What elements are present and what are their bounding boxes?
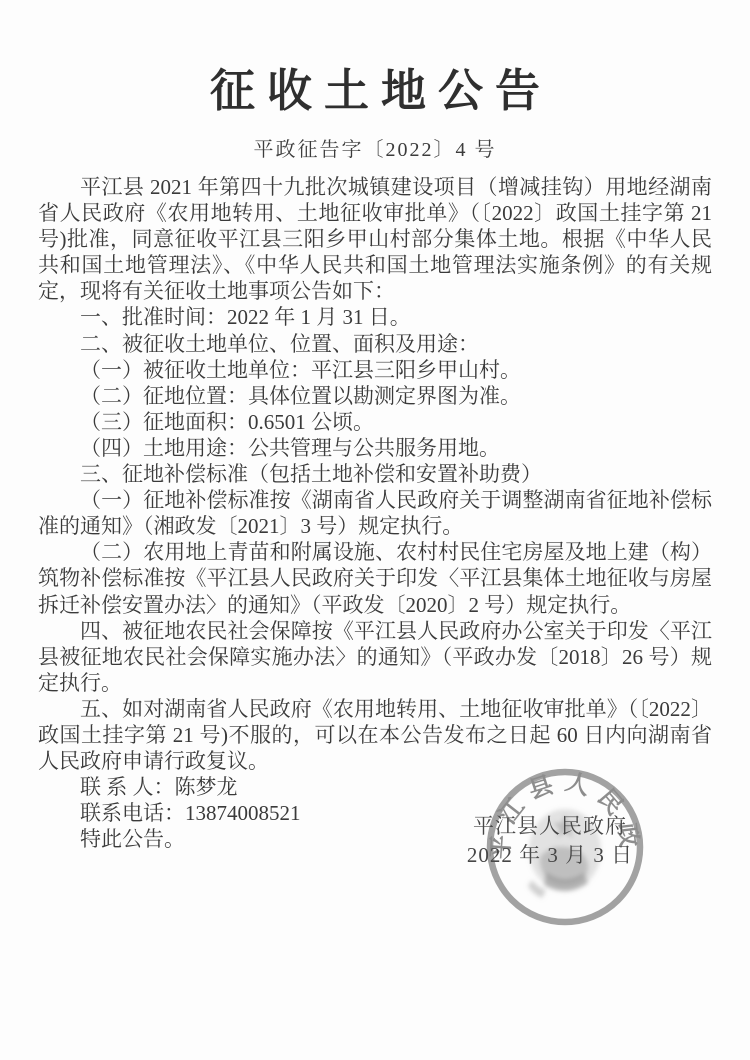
body-paragraph: （二）征地位置：具体位置以勘测定界图为准。 <box>38 383 712 409</box>
body-paragraph: （一）征地补偿标准按《湖南省人民政府关于调整湖南省征地补偿标准的通知》（湘政发〔… <box>38 487 712 539</box>
body-paragraph: 平江县 2021 年第四十九批次城镇建设项目（增减挂钩）用地经湖南省人民政府《农… <box>38 174 712 304</box>
body-paragraph: （一）被征收土地单位：平江县三阳乡甲山村。 <box>38 357 712 383</box>
page-title: 征收土地公告 <box>0 0 750 119</box>
doc-number: 平政征告字〔2022〕4 号 <box>0 133 750 162</box>
body-paragraphs: 平江县 2021 年第四十九批次城镇建设项目（增减挂钩）用地经湖南省人民政府《农… <box>38 174 712 852</box>
body-paragraph: 三、征地补偿标准（包括土地补偿和安置补助费） <box>38 461 712 487</box>
signature-block: 平江县人民政府 2022 年 3 月 3 日 <box>460 812 640 870</box>
body-paragraph: 四、被征地农民社会保障按《平江县人民政府办公室关于印发〈平江县被征地农民社会保障… <box>38 618 712 696</box>
signature-date: 2022 年 3 月 3 日 <box>460 841 640 870</box>
announcement-page: 征收土地公告 平政征告字〔2022〕4 号 平江县 2021 年第四十九批次城镇… <box>0 0 750 1060</box>
body-paragraph: （三）征地面积：0.6501 公顷。 <box>38 409 712 435</box>
body-paragraph: （二）农用地上青苗和附属设施、农村村民住宅房屋及地上建（构）筑物补偿标准按《平江… <box>38 539 712 617</box>
signature-org: 平江县人民政府 <box>460 812 640 841</box>
body-paragraph: （四）土地用途：公共管理与公共服务用地。 <box>38 435 712 461</box>
body-paragraph: 二、被征收土地单位、位置、面积及用途： <box>38 331 712 357</box>
body-paragraph: 一、批准时间：2022 年 1 月 31 日。 <box>38 304 712 330</box>
